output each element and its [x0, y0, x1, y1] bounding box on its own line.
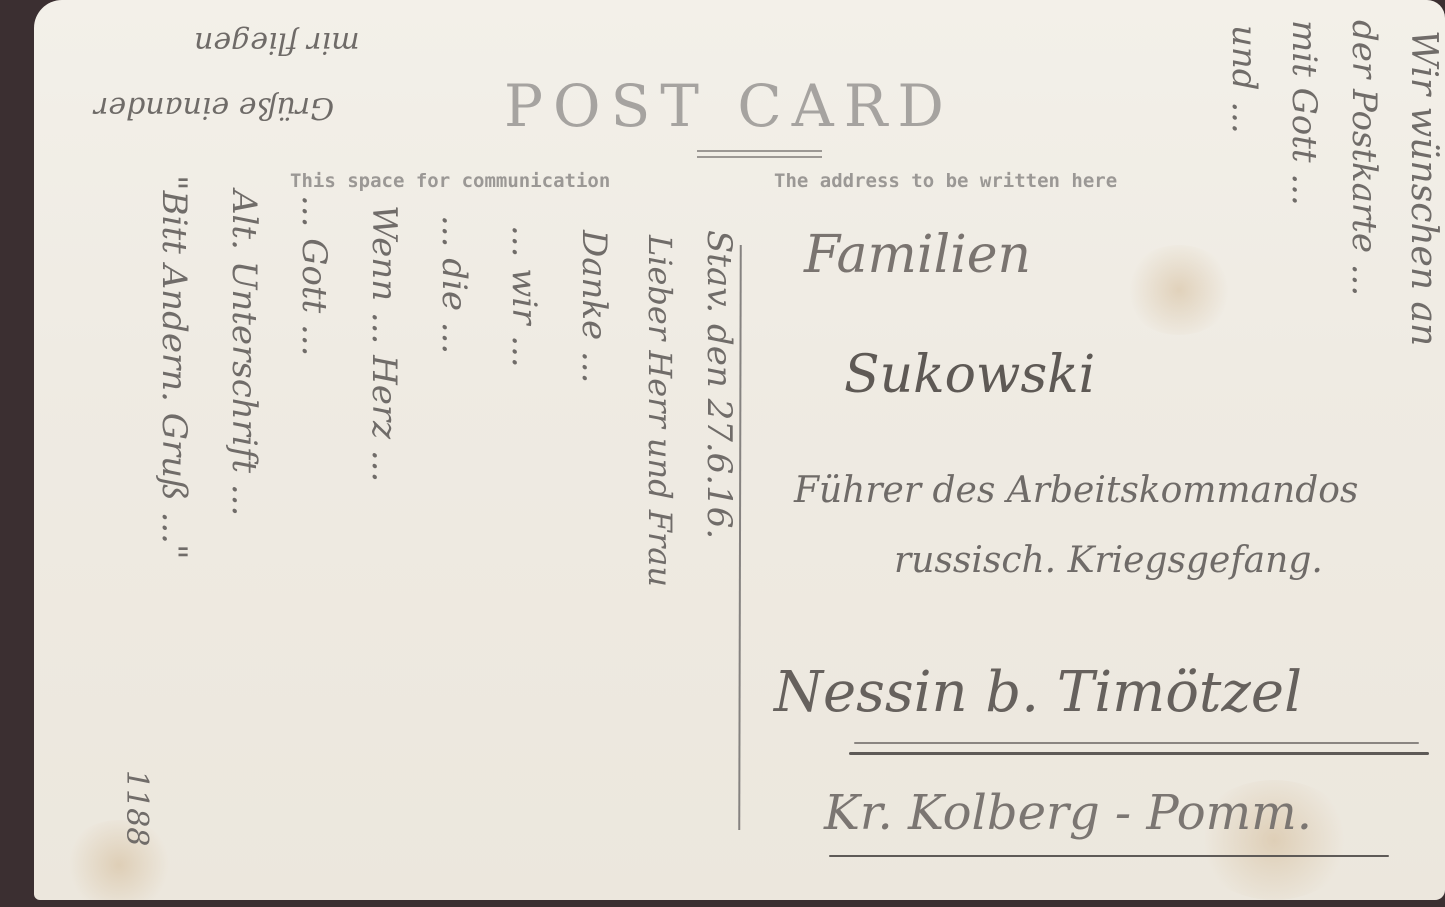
address-line-2: Sukowski [844, 345, 1095, 405]
address-underline [854, 742, 1419, 744]
message-column: Wenn ... Herz ... [364, 205, 404, 482]
message-date: Stav. den 27.6.16. [699, 230, 739, 539]
title-underline [697, 156, 822, 158]
message-top-line: mir fliegen [194, 25, 360, 60]
postcard: POST CARD This space for communication T… [34, 0, 1445, 900]
address-underline [829, 855, 1389, 857]
message-column: Lieber Herr und Frau [641, 235, 679, 587]
address-line-3: Führer des Arbeitskommandos [794, 470, 1358, 511]
paper-stain [1124, 245, 1234, 335]
postcard-title: POST CARD [504, 72, 954, 140]
margin-note-line: und ... [1224, 25, 1264, 134]
margin-note-line: der Postkarte ... [1344, 20, 1384, 296]
message-column: ... die ... [434, 215, 474, 354]
message-column: ... wir ... [504, 225, 544, 368]
message-column: Danke ... [574, 230, 614, 383]
message-top-line: Grüße einander [94, 90, 334, 125]
message-column: Alt. Unterschrift ... [224, 190, 264, 516]
margin-note-line: mit Gott ... [1284, 20, 1324, 206]
message-column: "Bitt Andern. Gruß ..." [154, 175, 194, 560]
title-underline [697, 150, 822, 152]
address-line-6: Kr. Kolberg - Pomm. [824, 785, 1312, 841]
message-column: ... Gott ... [294, 195, 334, 356]
message-number: 1188 [119, 770, 154, 846]
margin-note-line: Wir wünschen an [1403, 30, 1444, 346]
address-line-5: Nessin b. Timötzel [774, 660, 1302, 725]
communication-label: This space for communication [290, 170, 610, 192]
address-underline [849, 752, 1429, 755]
address-line-1: Familien [804, 225, 1031, 285]
address-line-4: russisch. Kriegsgefang. [894, 540, 1323, 581]
address-label: The address to be written here [774, 170, 1117, 192]
